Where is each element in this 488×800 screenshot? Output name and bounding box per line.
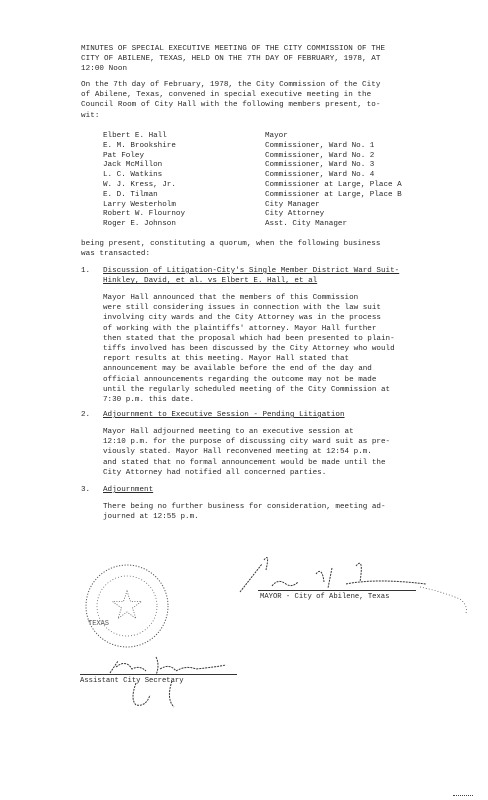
attendee-name: Larry Westerholm [103, 200, 176, 210]
item-number: 2. [81, 410, 90, 420]
heading-line: Discussion of Litigation-City's Single M… [103, 266, 399, 276]
body-line: journed at 12:55 p.m. [103, 512, 386, 522]
body-line: 12:10 p.m. for the purpose of discussing… [103, 437, 390, 447]
attendee-name: E. D. Tilman [103, 190, 158, 200]
item-number: 3. [81, 485, 90, 495]
attendee-role: Commissioner, Ward No. 1 [265, 141, 374, 151]
minutes-title: MINUTES OF SPECIAL EXECUTIVE MEETING OF … [81, 44, 385, 75]
heading-line: Adjournment [103, 485, 153, 495]
attendee-name: L. C. Watkins [103, 170, 162, 180]
title-line: CITY OF ABILENE, TEXAS, HELD ON THE 7TH … [81, 54, 385, 64]
attendee-name: E. M. Brookshire [103, 141, 176, 151]
heading-line: Adjournment to Executive Session - Pendi… [103, 410, 345, 420]
attendee-name: Jack McMillon [103, 160, 162, 170]
document-page: MINUTES OF SPECIAL EXECUTIVE MEETING OF … [0, 0, 488, 800]
body-line: were still considering issues in connect… [103, 303, 395, 313]
attendee-role: Commissioner, Ward No. 4 [265, 170, 374, 180]
attendee-name: Elbert E. Hall [103, 131, 167, 141]
seal-text: TEXAS [88, 620, 109, 628]
item-body: Mayor Hall announced that the members of… [103, 293, 395, 405]
mayor-caption: MAYOR - City of Abilene, Texas [260, 592, 389, 602]
attendee-role: Asst. City Manager [265, 219, 347, 229]
city-seal-icon: TEXAS [84, 563, 170, 649]
title-line: MINUTES OF SPECIAL EXECUTIVE MEETING OF … [81, 44, 385, 54]
intro-line: Council Room of City Hall with the follo… [81, 100, 380, 110]
body-line: 7:30 p.m. this date. [103, 395, 395, 405]
attendee-role: City Attorney [265, 209, 324, 219]
attendee-role: Commissioner, Ward No. 2 [265, 151, 374, 161]
signature-flourish [420, 585, 470, 615]
intro-line: of Abilene, Texas, convened in special e… [81, 90, 380, 100]
quorum-paragraph: being present, constituting a quorum, wh… [81, 239, 380, 259]
item-number: 1. [81, 266, 90, 276]
attendee-role: Commissioner at Large, Place B [265, 190, 402, 200]
body-line: involving city wards and the City Attorn… [103, 313, 395, 323]
body-line: until the regularly scheduled meeting of… [103, 385, 395, 395]
body-line: and stated that no formal announcement w… [103, 458, 390, 468]
attendee-name: Robert W. Flournoy [103, 209, 185, 219]
body-line: tiffs involved has been discussed by the… [103, 344, 395, 354]
quorum-line: being present, constituting a quorum, wh… [81, 239, 380, 249]
body-line: Mayor Hall announced that the members of… [103, 293, 395, 303]
attendee-name: W. J. Kress, Jr. [103, 180, 176, 190]
attendee-role: City Manager [265, 200, 320, 210]
body-line: City Attorney had notified all concerned… [103, 468, 390, 478]
intro-line: On the 7th day of February, 1978, the Ci… [81, 80, 380, 90]
item-heading: Discussion of Litigation-City's Single M… [103, 266, 399, 286]
item-heading: Adjournment [103, 485, 153, 495]
attendee-name: Pat Foley [103, 151, 144, 161]
attendee-name: Roger E. Johnson [103, 219, 176, 229]
intro-paragraph: On the 7th day of February, 1978, the Ci… [81, 80, 380, 121]
quorum-line: was transacted: [81, 249, 380, 259]
body-line: of working with the plaintiffs' attorney… [103, 324, 395, 334]
page-footer-mark [453, 795, 473, 798]
secretary-caption: Assistant City Secretary [80, 676, 184, 686]
body-line: announcement may be available before the… [103, 364, 395, 374]
item-body: Mayor Hall adjourned meeting to an execu… [103, 427, 390, 478]
title-line: 12:00 Noon [81, 64, 385, 74]
heading-line: Hinkley, David, et al. vs Elbert E. Hall… [103, 276, 399, 286]
attendee-role: Commissioner, Ward No. 3 [265, 160, 374, 170]
body-line: viously stated. Mayor Hall reconvened me… [103, 447, 390, 457]
attendee-role: Commissioner at Large, Place A [265, 180, 402, 190]
body-line: then stated that the proposal which had … [103, 334, 395, 344]
intro-line: wit: [81, 111, 380, 121]
body-line: report results at this meeting. Mayor Ha… [103, 354, 395, 364]
body-line: There being no further business for cons… [103, 502, 386, 512]
body-line: Mayor Hall adjourned meeting to an execu… [103, 427, 390, 437]
secretary-signature-line [80, 674, 237, 675]
mayor-signature-line [258, 590, 416, 591]
item-body: There being no further business for cons… [103, 502, 386, 522]
attendee-role: Mayor [265, 131, 288, 141]
body-line: official announcements regarding the out… [103, 375, 395, 385]
item-heading: Adjournment to Executive Session - Pendi… [103, 410, 345, 420]
